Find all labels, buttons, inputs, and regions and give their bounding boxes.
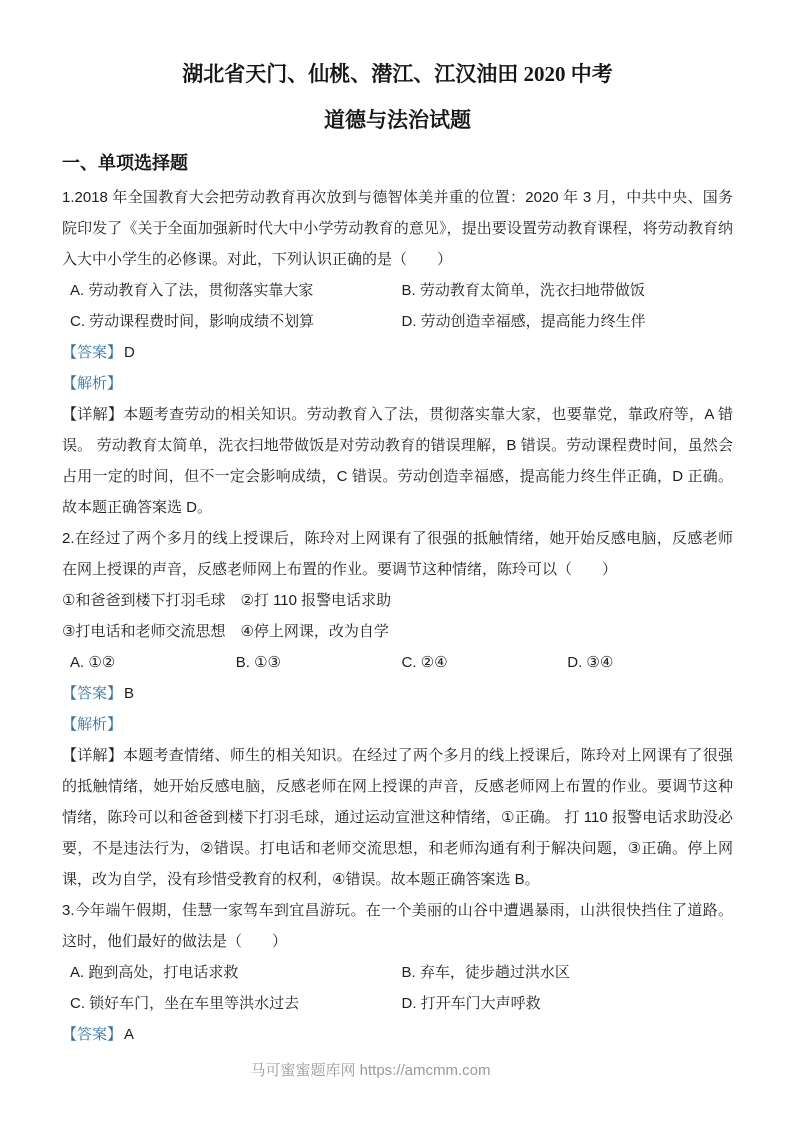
answer-label: 【答案】 xyxy=(62,685,122,702)
analysis-line: 【解析】 xyxy=(62,368,733,399)
footer-watermark: 马可蜜蜜题库网 https://amcmm.com xyxy=(0,1060,767,1082)
question-block-1: 1.2018 年全国教育大会把劳动教育再次放到与德智体美并重的位置：2020 年… xyxy=(62,182,733,523)
analysis-label: 【解析】 xyxy=(62,716,122,733)
question-block-2: 2.在经过了两个多月的线上授课后，陈玲对上网课有了很强的抵触情绪，她开始反感电脑… xyxy=(62,523,733,895)
option-a: A. 劳动教育入了法，贯彻落实靠大家 xyxy=(70,275,402,306)
numbered-item-line: ③打电话和老师交流思想 ④停上网课，改为自学 xyxy=(62,616,733,647)
numbered-item-line: ①和爸爸到楼下打羽毛球 ②打 110 报警电话求助 xyxy=(62,585,733,616)
option-b: B. ①③ xyxy=(236,647,402,678)
answer-label: 【答案】 xyxy=(62,1026,122,1043)
answer-value: B xyxy=(124,685,134,702)
answer-label: 【答案】 xyxy=(62,344,122,361)
option-row: A. 跑到高处，打电话求救 B. 弃车，徒步趟过洪水区 xyxy=(62,957,733,988)
analysis-line: 【解析】 xyxy=(62,709,733,740)
option-row: C. 锁好车门，坐在车里等洪水过去 D. 打开车门大声呼救 xyxy=(62,988,733,1019)
analysis-label: 【解析】 xyxy=(62,375,122,392)
exam-document-page: 湖北省天门、仙桃、潜江、江汉油田 2020 中考 道德与法治试题 一、单项选择题… xyxy=(0,0,793,1122)
option-d: D. 打开车门大声呼救 xyxy=(402,988,734,1019)
option-d: D. ③④ xyxy=(567,647,733,678)
option-c: C. ②④ xyxy=(402,647,568,678)
page-subtitle: 道德与法治试题 xyxy=(62,104,733,136)
option-row: A. 劳动教育入了法，贯彻落实靠大家 B. 劳动教育太简单，洗衣扫地带做饭 xyxy=(62,275,733,306)
option-row: C. 劳动课程费时间，影响成绩不划算 D. 劳动创造幸福感，提高能力终生伴 xyxy=(62,306,733,337)
question-block-3: 3.今年端午假期，佳慧一家驾车到宜昌游玩。在一个美丽的山谷中遭遇暴雨，山洪很快挡… xyxy=(62,895,733,1050)
page-title: 湖北省天门、仙桃、潜江、江汉油田 2020 中考 xyxy=(62,58,733,90)
section-heading: 一、单项选择题 xyxy=(62,150,733,177)
answer-line: 【答案】B xyxy=(62,678,733,709)
answer-value: A xyxy=(124,1026,134,1043)
option-c: C. 劳动课程费时间，影响成绩不划算 xyxy=(70,306,402,337)
question-stem: 1.2018 年全国教育大会把劳动教育再次放到与德智体美并重的位置：2020 年… xyxy=(62,182,733,275)
detail-text: 本题考查劳动的相关知识。劳动教育入了法，贯彻落实靠大家，也要靠党，靠政府等，A … xyxy=(62,406,733,516)
option-a: A. ①② xyxy=(70,647,236,678)
option-a: A. 跑到高处，打电话求救 xyxy=(70,957,402,988)
detail-paragraph: 【详解】本题考查情绪、师生的相关知识。在经过了两个多月的线上授课后，陈玲对上网课… xyxy=(62,740,733,895)
option-b: B. 劳动教育太简单，洗衣扫地带做饭 xyxy=(402,275,734,306)
detail-label: 【详解】 xyxy=(62,747,123,764)
option-b: B. 弃车，徒步趟过洪水区 xyxy=(402,957,734,988)
answer-line: 【答案】D xyxy=(62,337,733,368)
document-content: 湖北省天门、仙桃、潜江、江汉油田 2020 中考 道德与法治试题 一、单项选择题… xyxy=(0,0,793,1050)
option-row: A. ①② B. ①③ C. ②④ D. ③④ xyxy=(62,647,733,678)
option-d: D. 劳动创造幸福感，提高能力终生伴 xyxy=(402,306,734,337)
option-c: C. 锁好车门，坐在车里等洪水过去 xyxy=(70,988,402,1019)
detail-label: 【详解】 xyxy=(62,406,123,423)
answer-line: 【答案】A xyxy=(62,1019,733,1050)
question-stem: 3.今年端午假期，佳慧一家驾车到宜昌游玩。在一个美丽的山谷中遭遇暴雨，山洪很快挡… xyxy=(62,895,733,957)
detail-paragraph: 【详解】本题考查劳动的相关知识。劳动教育入了法，贯彻落实靠大家，也要靠党，靠政府… xyxy=(62,399,733,523)
answer-value: D xyxy=(124,344,135,361)
detail-text: 本题考查情绪、师生的相关知识。在经过了两个多月的线上授课后，陈玲对上网课有了很强… xyxy=(62,747,733,888)
question-stem: 2.在经过了两个多月的线上授课后，陈玲对上网课有了很强的抵触情绪，她开始反感电脑… xyxy=(62,523,733,585)
